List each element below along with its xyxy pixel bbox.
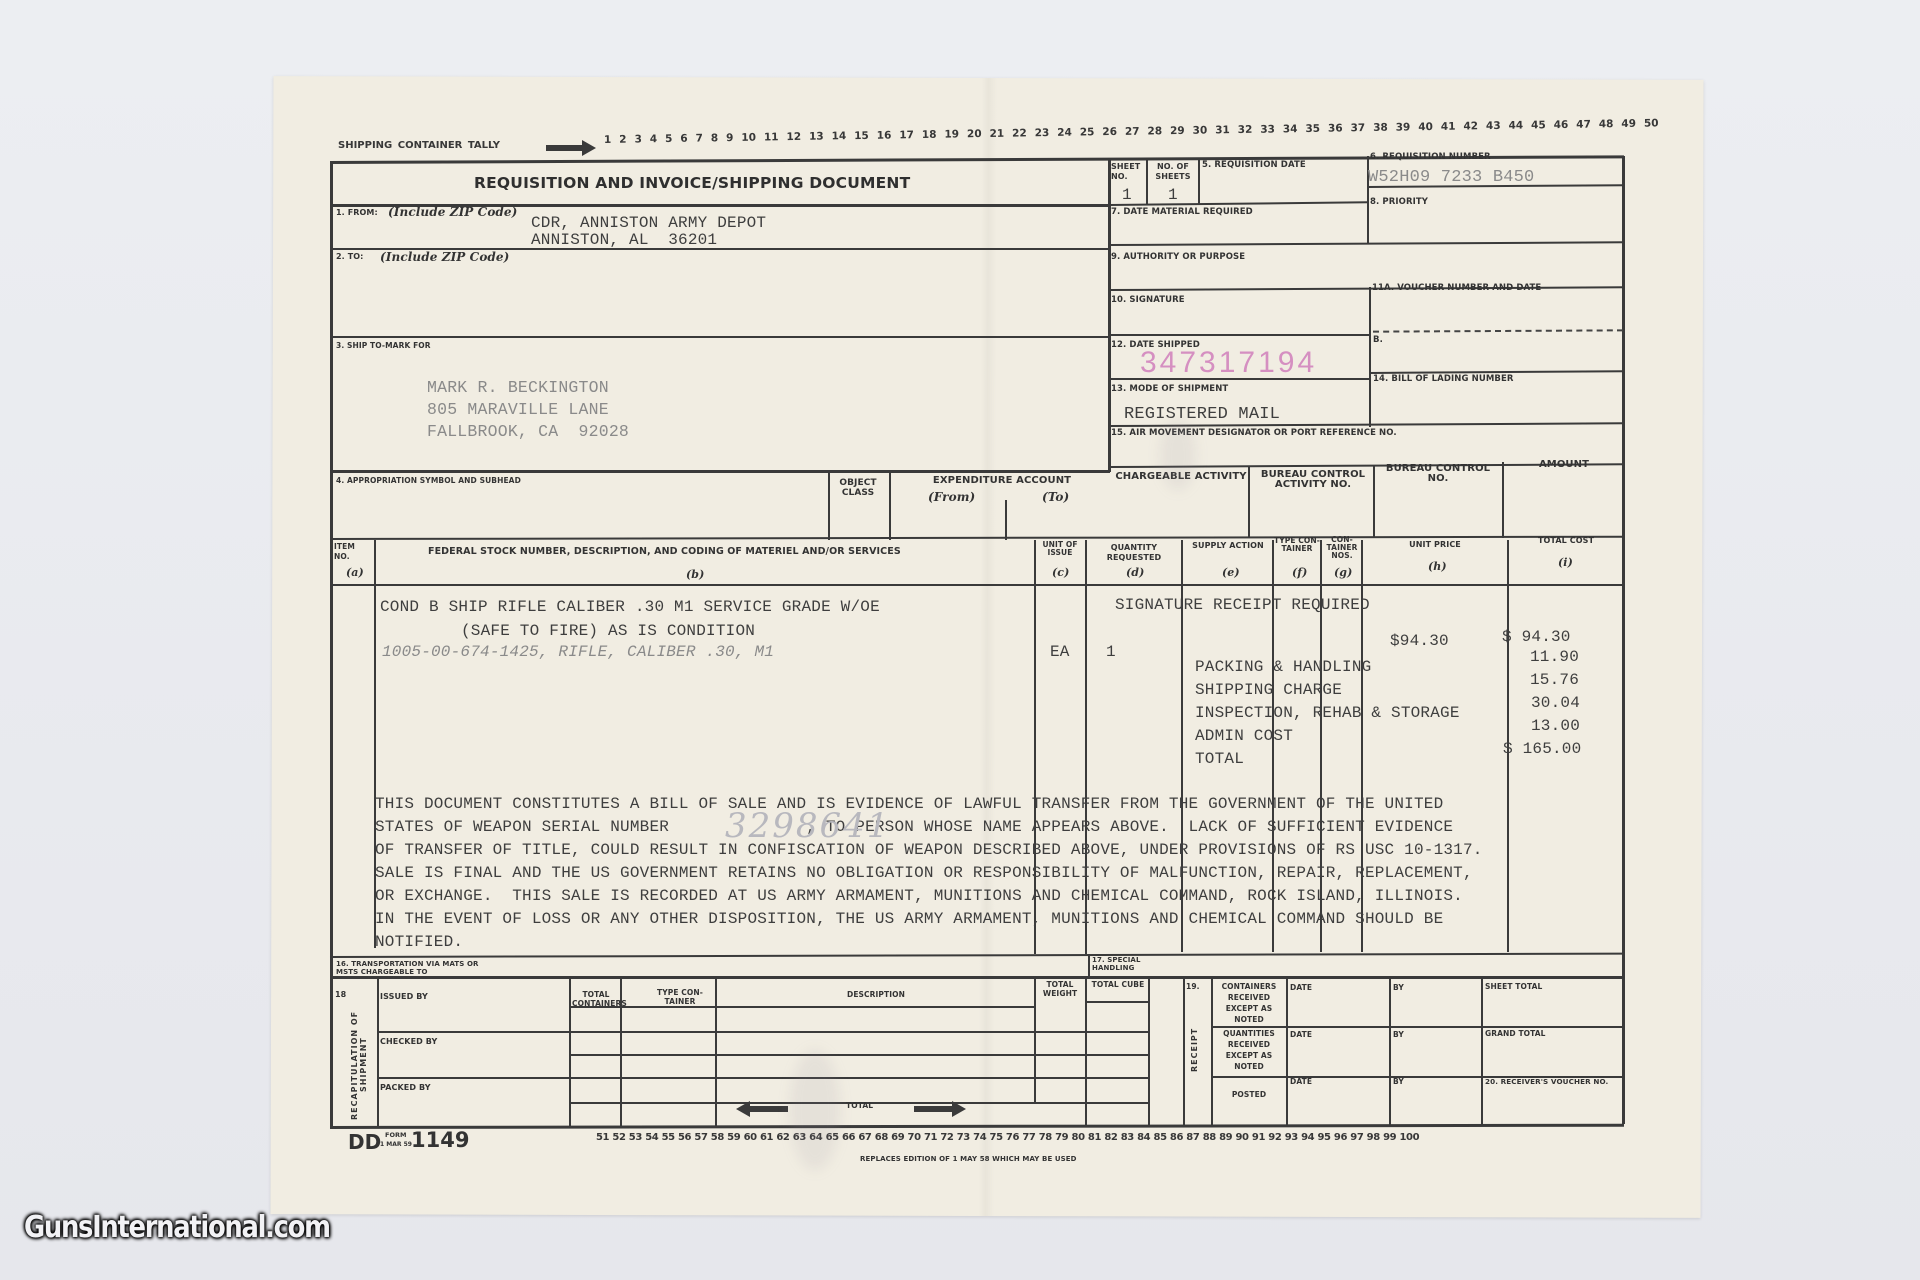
recap-label: RECAPITULATION OF SHIPMENT <box>350 1010 368 1120</box>
quantities-by-label: BY <box>1393 1030 1404 1039</box>
col-container-nos: CON-TAINER NOS. <box>1322 536 1362 560</box>
total-arrow-right-icon <box>914 1106 954 1112</box>
ship-to-label: 3. SHIP TO-MARK FOR <box>336 341 431 350</box>
no-of-sheets-label: NO. OF SHEETS <box>1149 162 1197 182</box>
quantity-value: 1 <box>1106 643 1116 661</box>
air-movement-label: 15. AIR MOVEMENT DESIGNATOR OR PORT REFE… <box>1111 428 1397 438</box>
to-label: 2. TO: <box>336 252 363 261</box>
charge-amount-admin: 13.00 <box>1531 717 1580 735</box>
voucher-b-label: b. <box>1373 335 1383 345</box>
ship-to-name: MARK R. BECKINGTON <box>427 378 609 397</box>
ship-to-city: FALLBROOK, CA 92028 <box>427 422 629 441</box>
containers-by-label: BY <box>1393 983 1404 992</box>
grand-total-label: GRAND TOTAL <box>1485 1029 1546 1038</box>
col-total-cost-code: (i) <box>1558 556 1573 569</box>
posted-by-label: BY <box>1393 1077 1404 1086</box>
form-date: 1 MAR 59 <box>380 1141 412 1148</box>
receipt-label: RECEIPT <box>1190 1020 1199 1080</box>
bill-of-sale-line: OR EXCHANGE. THIS SALE IS RECORDED AT US… <box>375 887 1463 905</box>
packed-by-label: PACKED BY <box>380 1083 431 1092</box>
form-dd: DD <box>348 1130 381 1154</box>
description-label: DESCRIPTION <box>717 990 1035 1000</box>
total-arrow-left-icon <box>748 1106 788 1112</box>
col-type-container-code: (f) <box>1292 566 1307 579</box>
col-supply-action-code: (e) <box>1222 566 1240 579</box>
mode-label: 13. MODE OF SHIPMENT <box>1111 384 1228 394</box>
unit-price-value: $94.30 <box>1390 632 1449 650</box>
quantities-date-label: DATE <box>1290 1030 1312 1039</box>
col-description-code: (b) <box>686 568 704 581</box>
charge-amount-total: $ 165.00 <box>1503 740 1581 758</box>
type-container-label: TYPE CON-TAINER <box>645 988 715 1006</box>
date-shipped-value: 347317194 <box>1140 346 1317 380</box>
col-description: FEDERAL STOCK NUMBER, DESCRIPTION, AND C… <box>428 546 901 557</box>
form-label: FORM <box>385 1131 406 1139</box>
col-total-cost: TOTAL COST <box>1510 536 1622 546</box>
requisition-number-label: 6. REQUISITION NUMBER <box>1370 152 1491 162</box>
unit-of-issue-value: EA <box>1050 643 1070 661</box>
tally-arrow-icon <box>546 145 584 151</box>
receivers-voucher-label: 20. RECEIVER'S VOUCHER NO. <box>1485 1077 1608 1086</box>
posted-label: POSTED <box>1213 1090 1285 1100</box>
bill-of-sale-line: NOTIFIED. <box>375 933 463 951</box>
handwritten-serial-number: 3298641 <box>725 806 890 846</box>
bureau-control-label: BUREAU CONTROL NO. <box>1376 464 1500 484</box>
smudge <box>790 1050 840 1170</box>
amount-label: AMOUNT <box>1505 460 1623 470</box>
total-label: TOTAL <box>846 1101 873 1110</box>
col-quantity-code: (d) <box>1126 566 1144 579</box>
from-line-1: CDR, ANNISTON ARMY DEPOT <box>531 214 766 232</box>
signature-label: 10. SIGNATURE <box>1111 295 1185 305</box>
sheet-no-value: 1 <box>1122 186 1132 204</box>
bill-of-lading-label: 14. BILL OF LADING NUMBER <box>1373 374 1514 384</box>
col-type-container: TYPE CON-TAINER <box>1274 537 1320 553</box>
sheet-no-label: SHEET NO. <box>1111 162 1145 182</box>
from-label: 1. FROM: <box>336 208 378 217</box>
charge-label-total: TOTAL <box>1195 750 1244 768</box>
containers-received-label: CONTAINERS RECEIVED EXCEPT AS NOTED <box>1213 981 1285 1025</box>
receipt-number: 19. <box>1186 982 1200 991</box>
to-zip-hint: (Include ZIP Code) <box>380 250 509 264</box>
checked-by-label: CHECKED BY <box>380 1037 437 1046</box>
mode-value: REGISTERED MAIL <box>1124 405 1280 424</box>
smudge <box>1160 420 1196 490</box>
col-unit-of-issue-code: (c) <box>1052 566 1069 579</box>
charge-amount-shipping: 15.76 <box>1530 671 1579 689</box>
site-watermark: GunsInternational.com <box>24 1210 330 1245</box>
signature-receipt-note: SIGNATURE RECEIPT REQUIRED <box>1115 596 1370 614</box>
charge-label-packing: PACKING & HANDLING <box>1195 658 1371 676</box>
item-description-line-1: COND B SHIP RIFLE CALIBER .30 M1 SERVICE… <box>380 598 880 616</box>
requisition-date-label: 5. REQUISITION DATE <box>1202 160 1306 170</box>
col-container-nos-code: (g) <box>1334 566 1352 579</box>
charge-amount-packing: 11.90 <box>1530 648 1579 666</box>
sheet-total-label: SHEET TOTAL <box>1485 982 1542 991</box>
bill-of-sale-line: OF TRANSFER OF TITLE, COULD RESULT IN CO… <box>375 841 1483 859</box>
item-description-line-2: (SAFE TO FIRE) AS IS CONDITION <box>461 622 755 640</box>
no-of-sheets-value: 1 <box>1168 186 1178 204</box>
document-title: REQUISITION AND INVOICE/SHIPPING DOCUMEN… <box>474 174 910 192</box>
expenditure-account-label: EXPENDITURE ACCOUNT <box>892 476 1112 486</box>
bill-of-sale-line: IN THE EVENT OF LOSS OR ANY OTHER DISPOS… <box>375 910 1443 928</box>
from-line-2: ANNISTON, AL 36201 <box>531 231 717 249</box>
charge-label-shipping: SHIPPING CHARGE <box>1195 681 1342 699</box>
col-unit-of-issue: UNIT OF ISSUE <box>1036 541 1084 557</box>
col-item-no-code: (a) <box>346 566 364 579</box>
col-item-no: ITEM NO. <box>334 542 372 562</box>
col-supply-action: SUPPLY ACTION <box>1184 541 1272 551</box>
total-weight-label: TOTAL WEIGHT <box>1036 980 1084 998</box>
special-handling-label: 17. SPECIAL HANDLING <box>1092 956 1162 972</box>
issued-by-label: ISSUED BY <box>380 992 428 1001</box>
appropriation-label: 4. APPROPRIATION SYMBOL AND SUBHEAD <box>336 476 521 485</box>
bill-of-sale-line: SALE IS FINAL AND THE US GOVERNMENT RETA… <box>375 864 1473 882</box>
authority-label: 9. AUTHORITY OR PURPOSE <box>1111 252 1245 262</box>
ship-to-street: 805 MARAVILLE LANE <box>427 400 609 419</box>
containers-date-label: DATE <box>1290 983 1312 992</box>
charge-amount-inspection: 30.04 <box>1531 694 1580 712</box>
charge-label-admin: ADMIN COST <box>1195 727 1293 745</box>
voucher-label: 11a. VOUCHER NUMBER AND DATE <box>1372 283 1541 293</box>
expenditure-to-label: (To) <box>1042 490 1069 504</box>
object-class-label: OBJECT CLASS <box>830 478 886 498</box>
posted-date-label: DATE <box>1290 1077 1312 1086</box>
total-cube-label: TOTAL CUBE <box>1088 980 1148 989</box>
bill-of-sale-line: STATES OF WEAPON SERIAL NUMBER , TO PERS… <box>375 818 1453 836</box>
charge-label-inspection: INSPECTION, REHAB & STORAGE <box>1195 704 1460 722</box>
tally-label: SHIPPING CONTAINER TALLY <box>338 140 500 151</box>
bureau-activity-label: BUREAU CONTROL ACTIVITY NO. <box>1250 470 1376 490</box>
quantities-received-label: QUANTITIES RECEIVED EXCEPT AS NOTED <box>1213 1028 1285 1072</box>
col-quantity: QUANTITY REQUESTED <box>1088 543 1180 563</box>
charge-amount-base: $ 94.30 <box>1502 628 1571 646</box>
replaces-edition-note: REPLACES EDITION OF 1 MAY 58 WHICH MAY B… <box>860 1155 1077 1163</box>
transport-label: 16. TRANSPORTATION VIA MATS OR MSTS CHAR… <box>336 960 496 976</box>
col-unit-price-code: (h) <box>1428 560 1447 573</box>
priority-label: 8. PRIORITY <box>1370 197 1428 207</box>
recap-number: 18 <box>335 990 346 999</box>
form-number: 1149 <box>411 1128 469 1152</box>
bill-of-sale-line: THIS DOCUMENT CONSTITUTES A BILL OF SALE… <box>375 795 1443 813</box>
col-unit-price: UNIT PRICE <box>1364 540 1506 550</box>
tally-numbers-bottom: 51 52 53 54 55 56 57 58 59 60 61 62 63 6… <box>596 1132 1419 1143</box>
date-material-required-label: 7. DATE MATERIAL REQUIRED <box>1111 207 1253 217</box>
item-stock-number: 1005-00-674-1425, RIFLE, CALIBER .30, M1 <box>382 643 774 661</box>
expenditure-from-label: (From) <box>928 490 975 504</box>
from-zip-hint: (Include ZIP Code) <box>388 205 517 219</box>
